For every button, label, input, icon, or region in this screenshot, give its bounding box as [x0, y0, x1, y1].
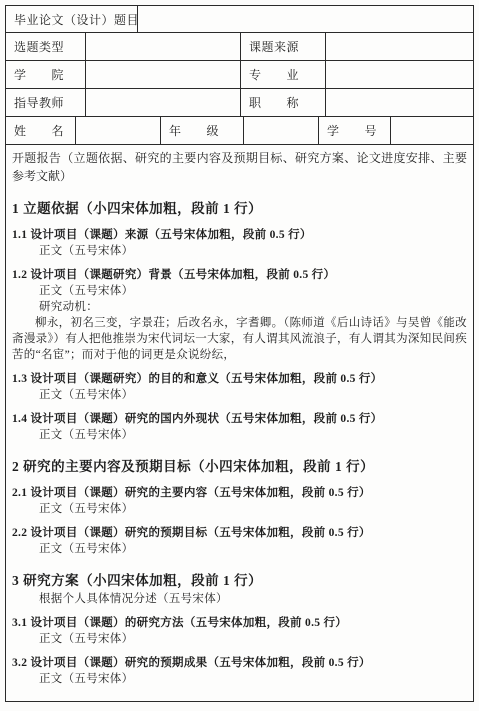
form-row-advisor: 指导教师 职 称 — [6, 89, 473, 117]
title-rank-field[interactable] — [326, 89, 473, 116]
topic-type-field[interactable] — [86, 33, 241, 60]
proposal-report-outline: 开题报告（立题依据、研究的主要内容及预期目标、研究方案、论文进度安排、主要参考文… — [6, 145, 473, 701]
section-heading: 3 研究方案（小四宋体加粗，段前 1 行） — [12, 571, 467, 591]
thesis-title-field[interactable] — [138, 6, 473, 32]
form-row-title: 毕业论文（设计）题目 — [6, 6, 473, 33]
major-field[interactable] — [326, 61, 473, 88]
student-id-field[interactable] — [391, 117, 473, 144]
body-placeholder-text: 研究动机： — [12, 299, 467, 315]
subsection-heading: 1.4 设计项目（课题）研究的国内外现状（五号宋体加粗，段前 0.5 行） — [12, 411, 467, 427]
section-heading: 1 立题依据（小四宋体加粗，段前 1 行） — [12, 199, 467, 219]
thesis-proposal-form: 毕业论文（设计）题目 选题类型 课题来源 学 院 专 业 指导教师 职 称 姓 … — [5, 5, 474, 702]
grade-field[interactable] — [244, 117, 319, 144]
student-name-field[interactable] — [76, 117, 161, 144]
title-rank-label: 职 称 — [241, 89, 326, 116]
body-placeholder-text: 正文（五号宋体） — [12, 387, 467, 403]
college-field[interactable] — [86, 61, 241, 88]
topic-type-label: 选题类型 — [6, 33, 86, 60]
subsection-heading: 2.1 设计项目（课题）研究的主要内容（五号宋体加粗，段前 0.5 行） — [12, 485, 467, 501]
body-placeholder-text: 正文（五号宋体） — [12, 671, 467, 687]
subsection-heading: 1.1 设计项目（课题）来源（五号宋体加粗，段前 0.5 行） — [12, 227, 467, 243]
body-placeholder-text: 根据个人具体情况分述（五号宋体） — [12, 591, 467, 607]
grade-label: 年 级 — [161, 117, 244, 144]
advisor-label: 指导教师 — [6, 89, 86, 116]
subsection-heading: 3.1 设计项目（课题）的研究方法（五号宋体加粗，段前 0.5 行） — [12, 615, 467, 631]
form-row-student: 姓 名 年 级 学 号 — [6, 117, 473, 145]
subsection-heading: 3.2 设计项目（课题）研究的预期成果（五号宋体加粗，段前 0.5 行） — [12, 655, 467, 671]
body-placeholder-text: 正文（五号宋体） — [12, 501, 467, 517]
advisor-field[interactable] — [86, 89, 241, 116]
body-placeholder-text: 正文（五号宋体） — [12, 283, 467, 299]
topic-source-label: 课题来源 — [241, 33, 326, 60]
sample-paragraph: 柳永，初名三变，字景荘；后改名永，字耆卿。（陈师道《后山诗话》与吴曾《能改斋漫录… — [12, 315, 467, 363]
body-placeholder-text: 正文（五号宋体） — [12, 243, 467, 259]
student-name-label: 姓 名 — [6, 117, 76, 144]
body-placeholder-text: 正文（五号宋体） — [12, 427, 467, 443]
topic-source-field[interactable] — [326, 33, 473, 60]
form-row-topic: 选题类型 课题来源 — [6, 33, 473, 61]
body-placeholder-text: 正文（五号宋体） — [12, 541, 467, 557]
major-label: 专 业 — [241, 61, 326, 88]
report-intro-text: 开题报告（立题依据、研究的主要内容及预期目标、研究方案、论文进度安排、主要参考文… — [12, 149, 467, 185]
subsection-heading: 2.2 设计项目（课题）研究的预期目标（五号宋体加粗，段前 0.5 行） — [12, 525, 467, 541]
body-placeholder-text: 正文（五号宋体） — [12, 631, 467, 647]
student-id-label: 学 号 — [319, 117, 391, 144]
subsection-heading: 1.2 设计项目（课题研究）背景（五号宋体加粗，段前 0.5 行） — [12, 267, 467, 283]
form-row-college: 学 院 专 业 — [6, 61, 473, 89]
thesis-title-label: 毕业论文（设计）题目 — [6, 6, 138, 32]
document-page: { "form": { "title_row": { "label": "毕业论… — [0, 0, 479, 711]
section-heading: 2 研究的主要内容及预期目标（小四宋体加粗，段前 1 行） — [12, 457, 467, 477]
college-label: 学 院 — [6, 61, 86, 88]
subsection-heading: 1.3 设计项目（课题研究）的目的和意义（五号宋体加粗，段前 0.5 行） — [12, 371, 467, 387]
